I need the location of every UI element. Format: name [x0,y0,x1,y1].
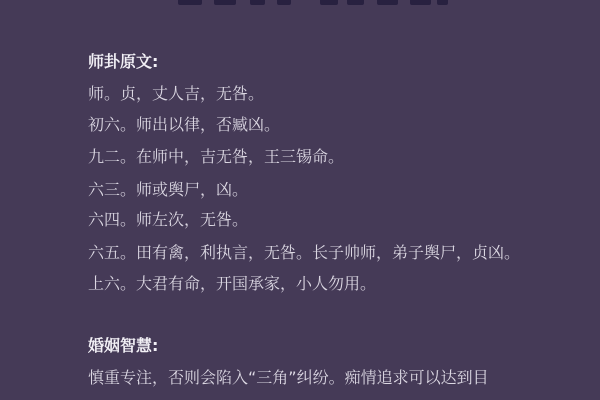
title-stroke-remnant [277,0,291,5]
title-stroke-remnant [214,0,236,5]
title-stroke-remnant [410,0,431,5]
wisdom-line: 慎重专注，否则会陷入“三角”纠纷。痴情追求可以达到目 [88,368,489,388]
section-heading-original-text: 师卦原文: [88,52,158,72]
hexagram-line: 六四。师左次，无咎。 [88,210,248,230]
document-page: 师卦原文: 师。贞，丈人吉，无咎。 初六。师出以律，否臧凶。 九二。在师中，吉无… [0,0,600,400]
title-stroke-remnant [178,0,202,5]
title-stroke-remnant [437,0,448,5]
hexagram-line: 师。贞，丈人吉，无咎。 [88,84,264,104]
title-stroke-remnant [250,0,265,5]
section-heading-marriage-wisdom: 婚姻智慧: [88,336,158,356]
hexagram-line: 六五。田有禽，利执言，无咎。长子帅师，弟子舆尸，贞凶。 [88,243,520,263]
hexagram-line: 上六。大君有命，开国承家，小人勿用。 [88,274,376,294]
cropped-page-title [0,0,600,8]
hexagram-line: 九二。在师中，吉无咎，王三锡命。 [88,147,344,167]
title-stroke-remnant [377,0,398,5]
title-stroke-remnant [320,0,338,5]
title-stroke-remnant [347,0,364,5]
hexagram-line: 六三。师或舆尸，凶。 [88,180,248,200]
hexagram-line: 初六。师出以律，否臧凶。 [88,115,280,135]
